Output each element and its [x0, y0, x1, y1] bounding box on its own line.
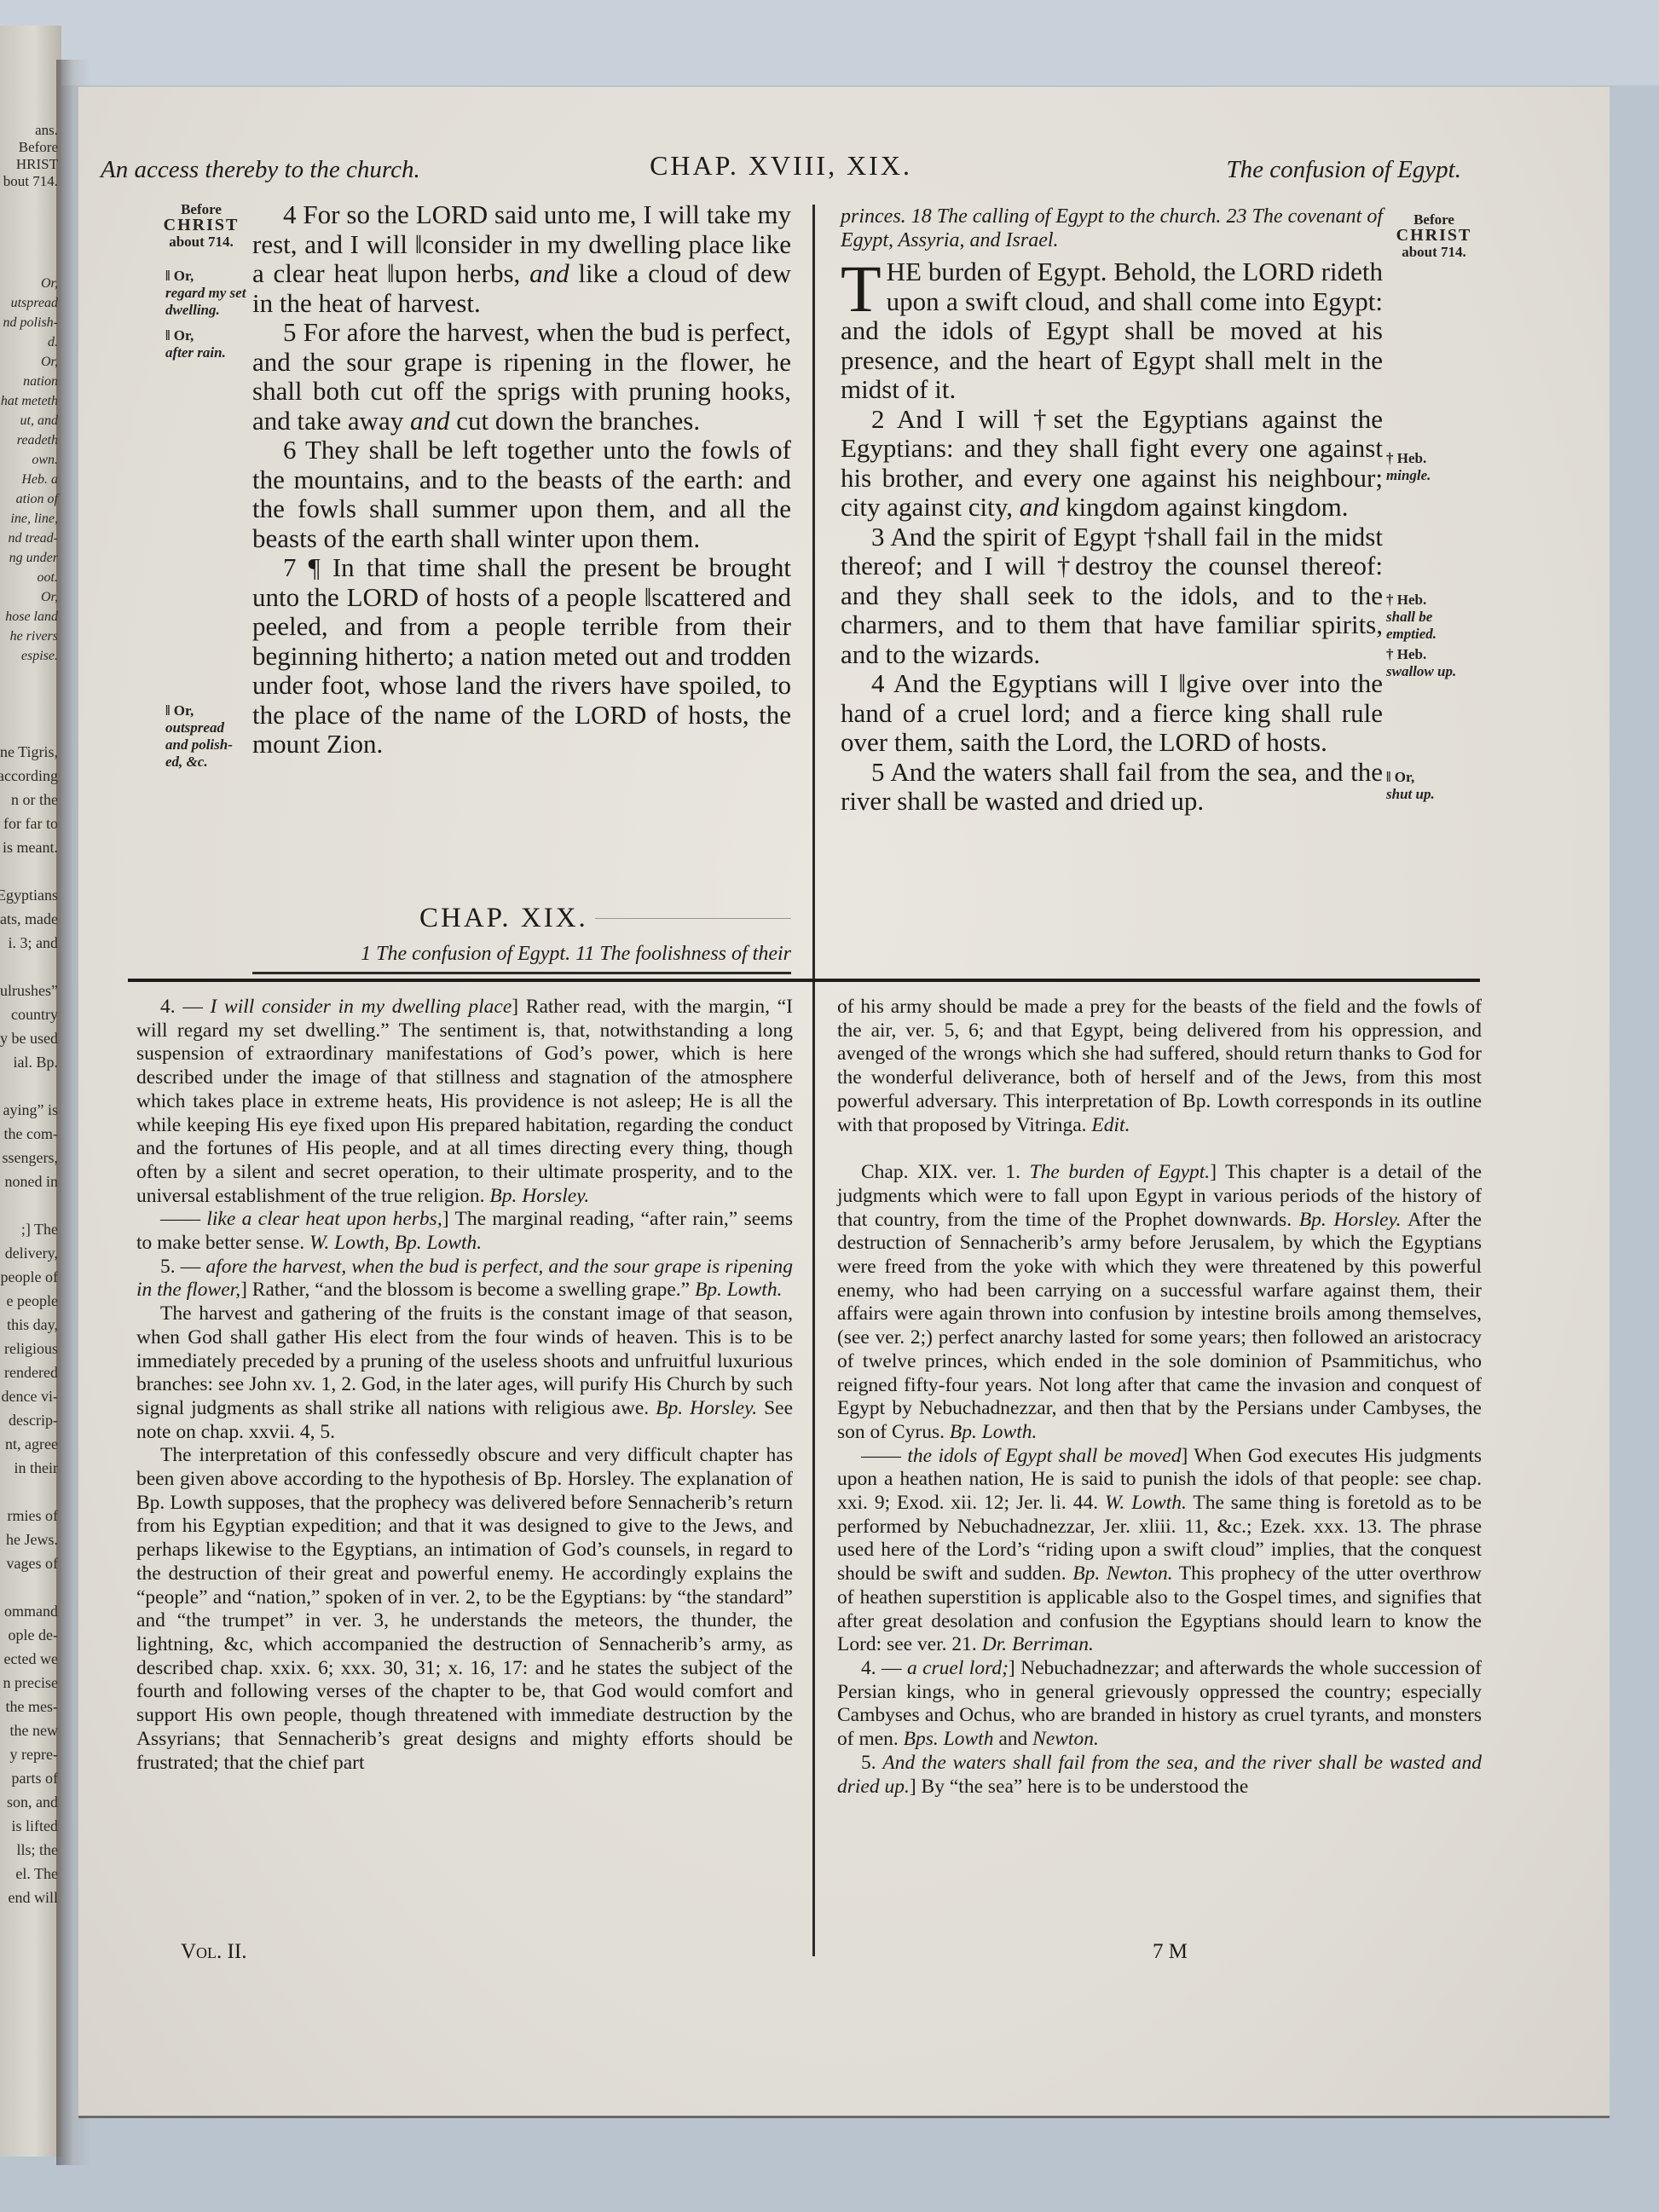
facing-page-margin-note: readeth	[17, 430, 58, 451]
facing-page-margin-note: nd polish-	[3, 312, 58, 333]
margin-note-shut-up: ‖ Or, shut up.	[1386, 769, 1480, 803]
lord-small-caps: LORD	[347, 582, 419, 612]
verse-number: 6	[283, 435, 305, 465]
verse-number: 7	[283, 552, 309, 582]
note-author: Bp. Horsley.	[656, 1397, 757, 1419]
note-author: Bp. Lowth.	[695, 1279, 783, 1301]
verse-number: 4	[283, 199, 303, 229]
commentary-note: 5. — afore the harvest, when the bud is …	[136, 1256, 793, 1302]
verse-number: 3	[871, 522, 890, 552]
chapter-summary-right: princes. 18 The calling of Egypt to the …	[841, 205, 1383, 252]
note-reference: 4. —	[861, 1657, 907, 1679]
facing-page-note-text: delivery,	[5, 1243, 58, 1264]
margin-note-outspread: ‖ Or, outspread and polish-ed, &c.	[165, 702, 247, 771]
note-lemma: I will consider in my dwelling place	[211, 996, 512, 1018]
margin-note-mingle: † Heb. mingle.	[1386, 450, 1480, 484]
commentary-note: —— like a clear heat upon herbs,] The ma…	[136, 1208, 793, 1255]
note-author: Bp. Lowth.	[950, 1421, 1038, 1443]
commentary-note: The harvest and gathering of the fruits …	[136, 1302, 793, 1444]
facing-page-margin-note: ng under	[9, 547, 58, 569]
verse-number: 4	[871, 668, 893, 698]
facing-page-note-text: n precise	[3, 1672, 58, 1694]
verse-number: 5	[871, 757, 890, 787]
commentary-right: of his army should be made a prey for th…	[837, 996, 1482, 1799]
note-reference: 5. —	[160, 1256, 205, 1278]
commentary-note: 4. — I will consider in my dwelling plac…	[136, 996, 793, 1208]
verse-text: And the spirit of Egypt †shall fail in t…	[841, 522, 1383, 669]
verse-number: 5	[283, 317, 303, 347]
facing-page-note-text: is meant.	[3, 837, 58, 858]
facing-page-note-text: in their	[14, 1458, 59, 1479]
italic-supplied-word: and	[1020, 492, 1060, 522]
facing-page-note-text: dence vi-	[2, 1386, 58, 1407]
verse-text: kingdom against kingdom.	[1059, 492, 1348, 522]
note-lemma: the idols of Egypt shall be moved	[907, 1445, 1181, 1467]
facing-page-note-text: the mes-	[6, 1696, 58, 1718]
date-christ: CHRIST	[159, 217, 244, 234]
note-reference: 5.	[861, 1752, 882, 1774]
facing-page-note-text: rmies of	[8, 1505, 58, 1527]
facing-page-margin-note: he rivers	[10, 626, 58, 647]
facing-page-note-text: Egyptians	[0, 885, 58, 906]
note-author: Bps. Lowth	[904, 1728, 994, 1750]
note-text: ] Rather, “and the blossom is become a s…	[240, 1279, 695, 1301]
note-author: Bp. Horsley.	[489, 1185, 589, 1207]
margin-note-mark: ‖ Or,	[165, 327, 194, 344]
verse-6: 6 They shall be left together unto the f…	[252, 436, 791, 553]
facing-page-note-text: parts of	[12, 1768, 58, 1789]
commentary-note: Chap. XIX. ver. 1. The burden of Egypt.]…	[837, 1161, 1482, 1444]
margin-note-text: mingle.	[1386, 467, 1431, 483]
chapter-title: CHAP. XIX.	[419, 903, 588, 934]
facing-page-note-text: the com-	[4, 1123, 58, 1145]
facing-page-note-text: people of	[1, 1267, 58, 1288]
chapter-19-verses: 2 And I will †set the Egyptians against …	[841, 405, 1383, 817]
note-text: ] Rather read, with the margin, “I will …	[136, 996, 793, 1207]
lord-small-caps: LORD	[1242, 257, 1314, 286]
note-reference: ——	[160, 1208, 206, 1230]
facing-page-note-text: i. 3; and	[9, 933, 59, 954]
facing-page-note-text: n or the	[11, 789, 58, 811]
facing-page-note-text: ats, made	[0, 909, 58, 930]
running-head-left: An access thereby to the church.	[101, 156, 420, 184]
margin-note-mark: ‖ Or,	[165, 268, 194, 284]
italic-supplied-word: and	[410, 406, 450, 436]
facing-page-note-text: y repre-	[10, 1744, 58, 1765]
note-lemma: like a clear heat upon herbs,	[206, 1208, 442, 1230]
margin-note-text: after rain.	[165, 344, 226, 361]
date-christ: CHRIST	[1391, 228, 1477, 244]
verse-text: And the waters shall fail from the sea, …	[841, 757, 1383, 817]
running-head-chapter: CHAP. XVIII, XIX.	[650, 150, 912, 182]
margin-note-text: swallow up.	[1386, 663, 1456, 679]
facing-page-note-text: vages of	[7, 1553, 58, 1574]
margin-note-swallow: † Heb. swallow up.	[1386, 646, 1488, 680]
verse-text: They shall be left together unto the fow…	[252, 435, 791, 553]
lord-small-caps: LORD	[1159, 727, 1231, 757]
margin-note-mark: † Heb.	[1386, 646, 1426, 662]
running-head: An access thereby to the church. CHAP. X…	[101, 150, 1461, 189]
commentary-note: —— the idols of Egypt shall be moved] Wh…	[837, 1445, 1482, 1657]
chapter-19-heading: CHAP. XIX.	[252, 899, 791, 937]
summary-text: princes. 18 The calling of Egypt to the …	[841, 205, 1383, 251]
commentary-note: The interpretation of this confessedly o…	[136, 1444, 793, 1775]
facing-page-margin-note: own.	[32, 449, 58, 471]
note-author: Bp. Horsley.	[1299, 1209, 1402, 1231]
margin-note-emptied: † Heb. shall be emptied.	[1386, 592, 1460, 643]
lord-small-caps: LORD	[575, 700, 646, 730]
chapter-18-text: 4 For so the LORD said unto me, I will t…	[252, 200, 791, 759]
margin-note-text: regard my set dwelling.	[165, 285, 246, 318]
facing-page-margin-note: Heb. a	[21, 469, 58, 490]
note-reference: ——	[861, 1445, 907, 1467]
margin-note-text: shall be emptied.	[1386, 609, 1436, 642]
facing-page-note-text: for far to	[3, 813, 58, 835]
facing-page-margin-note: nation	[23, 371, 58, 392]
facing-page-note-text: ulrushes”	[0, 980, 58, 1002]
verse-3: 3 And the spirit of Egypt †shall fail in…	[841, 523, 1383, 670]
facing-page-note-text: ople de-	[9, 1625, 58, 1646]
facing-page-margin-note: Or,	[41, 273, 58, 294]
verse-text: cut down the branches.	[450, 406, 701, 436]
italic-supplied-word: and	[529, 258, 569, 288]
facing-page-margin-note: nd tread-	[8, 528, 58, 549]
margin-note-mark: ‖ Or,	[1386, 769, 1414, 785]
verse-4: 4 For so the LORD said unto me, I will t…	[252, 200, 791, 318]
facing-page-note-text: ommand	[4, 1601, 58, 1622]
facing-page-note-text: country	[11, 1004, 58, 1025]
facing-page-margin-note: Or,	[41, 351, 58, 373]
facing-page-note-text: el. The	[15, 1863, 58, 1885]
heading-rule	[595, 918, 791, 919]
photo-scene: ans.BeforeHRISTbout 714.Or,utspreadnd po…	[0, 0, 1659, 2212]
lord-small-caps: LORD	[416, 199, 488, 229]
summary-rule	[252, 972, 791, 974]
facing-page-margin-note: hose land	[5, 606, 58, 627]
note-author: Newton.	[1032, 1728, 1099, 1750]
notes-separator-rule	[128, 979, 1480, 982]
verse-5: 5 For afore the harvest, when the bud is…	[252, 318, 791, 436]
facing-page-margin-note: hat meteth	[1, 390, 58, 412]
verse-text: For so the	[303, 199, 415, 229]
facing-page-note-text: religious	[4, 1338, 58, 1360]
note-author: Bp. Newton.	[1072, 1562, 1172, 1585]
margin-note-mark: ‖ Or,	[165, 702, 194, 719]
chapter-summary-left: 1 The confusion of Egypt. 11 The foolish…	[252, 941, 791, 967]
facing-page-note-text: noned in	[5, 1171, 59, 1193]
margin-note-regard: ‖ Or, regard my set dwelling.	[165, 268, 251, 319]
note-reference: 4. —	[160, 996, 211, 1018]
facing-page-note-text: ne Tigris,	[0, 742, 58, 763]
facing-page-margin-note: Or,	[41, 586, 58, 608]
running-head-right: The confusion of Egypt.	[1227, 156, 1461, 184]
summary-text: 1 The confusion of Egypt. 11 The foolish…	[361, 943, 791, 965]
note-author: Dr. Berriman.	[982, 1633, 1094, 1655]
note-author: Edit.	[1091, 1114, 1130, 1136]
note-text: The interpretation of this confessedly o…	[136, 1444, 793, 1773]
commentary-note: 5. And the waters shall fail from the se…	[837, 1752, 1482, 1799]
note-lemma: The burden of Egypt.	[1030, 1161, 1211, 1183]
verse-text: HE burden of Egypt. Behold, the	[887, 257, 1243, 286]
facing-page-note-text: son, and	[7, 1792, 58, 1813]
facing-page-margin-note: ut, and	[20, 410, 58, 431]
facing-page-note-text: e people	[7, 1291, 58, 1312]
verse-5: 5 And the waters shall fail from the sea…	[841, 758, 1383, 817]
facing-page-note-text: y be used	[0, 1028, 58, 1049]
facing-page-note-text: end will	[9, 1887, 59, 1909]
facing-page-note-text: ;] The	[21, 1219, 58, 1240]
note-text: and	[993, 1728, 1032, 1750]
facing-page-note-text: ected we	[4, 1649, 58, 1670]
note-text: ] By “the sea” here is to be understood …	[910, 1776, 1248, 1798]
margin-note-mark: † Heb.	[1386, 450, 1426, 466]
facing-page-note-text: this day,	[7, 1314, 58, 1336]
verse-text: of hosts.	[1231, 727, 1327, 757]
facing-page-margin-note: espise.	[21, 645, 58, 667]
facing-page-note-text: the new	[10, 1720, 58, 1741]
facing-page-note-text: aying” is	[3, 1100, 59, 1121]
note-lemma: a cruel lord;	[907, 1657, 1009, 1679]
chapter-19-text: princes. 18 The calling of Egypt to the …	[841, 205, 1383, 817]
signature-mark: 7 M	[1153, 1940, 1188, 1964]
drop-cap: T	[841, 263, 882, 315]
note-author: W. Lowth, Bp. Lowth.	[309, 1232, 482, 1254]
facing-page-note-text: nt, agree	[5, 1434, 58, 1455]
verse-2: 2 And I will †set the Egyptians against …	[841, 405, 1383, 523]
facing-page-note-text: ial. Bp.	[14, 1052, 59, 1073]
verse-1: THE burden of Egypt. Behold, the LORD ri…	[841, 257, 1383, 405]
note-text: After the destruction of Sennacherib’s a…	[837, 1209, 1482, 1443]
facing-page-text: bout 714.	[3, 170, 58, 192]
facing-page-margin-note: ine, line,	[10, 508, 58, 529]
note-author: W. Lowth.	[1105, 1492, 1187, 1514]
facing-page-note-text: ssengers,	[3, 1147, 59, 1169]
date-note-left: Before CHRIST about 714.	[159, 201, 244, 250]
volume-marker: Vol. II.	[181, 1940, 246, 1964]
note-text: of his army should be made a prey for th…	[837, 996, 1482, 1136]
margin-note-after-rain: ‖ Or, after rain.	[165, 327, 251, 361]
facing-page-margin-note: utspread	[11, 292, 58, 314]
facing-page-margin-note: ation of	[16, 488, 58, 510]
facing-page-note-text: he Jews.	[6, 1529, 58, 1551]
facing-page-note-text: lls; the	[17, 1839, 59, 1861]
date-about: about 714.	[1391, 244, 1477, 260]
facing-page-edge: ans.BeforeHRISTbout 714.Or,utspreadnd po…	[0, 26, 61, 2157]
backdrop	[0, 0, 1659, 85]
verse-7: 7 ¶ In that time shall the present be br…	[252, 553, 791, 759]
verse-4: 4 And the Egyptians will I ‖give over in…	[841, 669, 1383, 758]
facing-page-note-text: is lifted	[12, 1816, 59, 1837]
column-divider	[812, 205, 815, 1956]
facing-page-margin-note: oot.	[38, 567, 58, 588]
facing-page-note-text: descrip-	[9, 1410, 58, 1431]
facing-page-note-text: according	[0, 765, 58, 787]
margin-note-text: outspread and polish-ed, &c.	[165, 719, 233, 770]
margin-note-mark: † Heb.	[1386, 592, 1426, 608]
date-about: about 714.	[159, 234, 244, 250]
note-reference: Chap. XIX. ver. 1.	[861, 1161, 1030, 1183]
margin-note-text: shut up.	[1386, 786, 1435, 802]
date-note-right: Before CHRIST about 714.	[1391, 211, 1477, 260]
commentary-note: of his army should be made a prey for th…	[837, 996, 1482, 1137]
verse-number: 2	[871, 404, 897, 434]
commentary-note: 4. — a cruel lord;] Nebuchadnezzar; and …	[837, 1657, 1482, 1752]
facing-page-note-text: rendered	[4, 1362, 58, 1383]
commentary-left: 4. — I will consider in my dwelling plac…	[136, 996, 793, 1775]
